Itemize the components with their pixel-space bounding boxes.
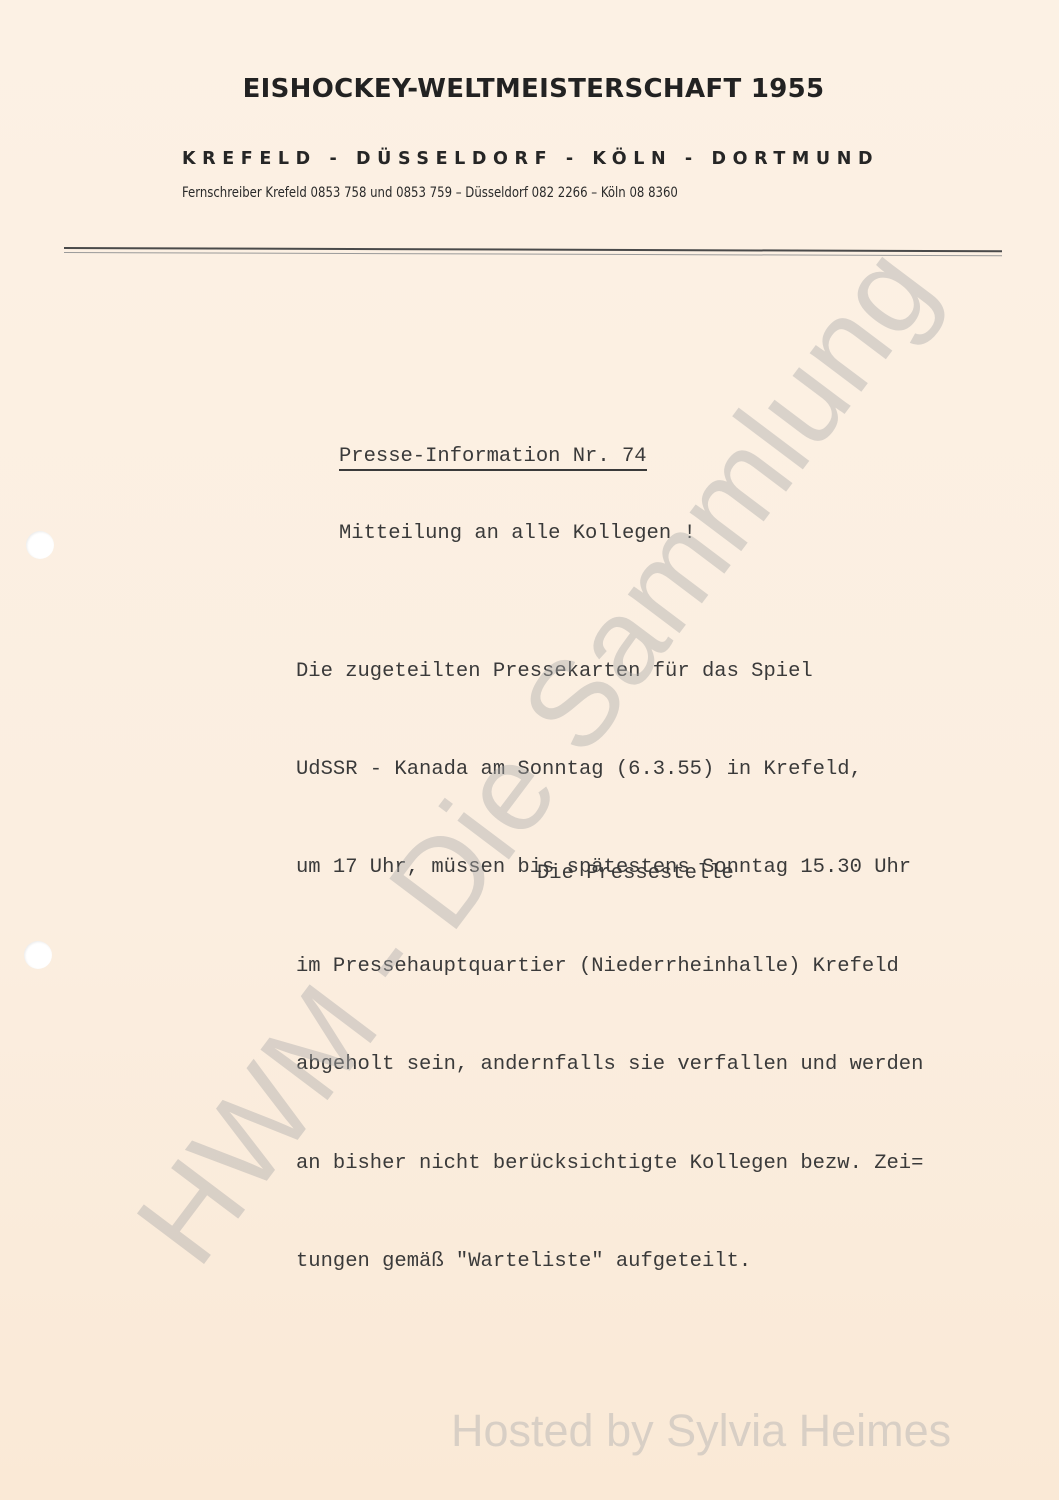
body-paragraph: Die zugeteilten Pressekarten für das Spi… [296, 590, 923, 1344]
punch-hole-bottom [24, 941, 52, 969]
punch-hole-top [26, 531, 54, 559]
letterhead-title: EISHOCKEY-WELTMEISTERSCHAFT 1955 [4, 74, 1059, 104]
body-line: an bisher nicht berücksichtigte Kollegen… [296, 1148, 923, 1181]
body-line: Die zugeteilten Pressekarten für das Spi… [296, 656, 923, 689]
signature: Die Pressestelle [537, 862, 734, 885]
body-line: tungen gemäß "Warteliste" aufgeteilt. [296, 1246, 923, 1279]
body-line: abgeholt sein, andernfalls sie verfallen… [296, 1049, 923, 1082]
letterhead-divider-thin [64, 252, 1002, 256]
letterhead-cities: KREFELD - DÜSSELDORF - KÖLN - DORTMUND [182, 149, 879, 169]
hosted-by-watermark: Hosted by Sylvia Heimes [451, 1405, 951, 1457]
body-line: im Pressehauptquartier (Niederrheinhalle… [296, 951, 923, 984]
body-line: UdSSR - Kanada am Sonntag (6.3.55) in Kr… [296, 754, 923, 787]
letterhead-telex-numbers: Fernschreiber Krefeld 0853 758 und 0853 … [182, 185, 678, 201]
document-page: EISHOCKEY-WELTMEISTERSCHAFT 1955 KREFELD… [0, 0, 1059, 1500]
letterhead-divider [64, 247, 1002, 252]
document-heading: Presse-Information Nr. 74 [339, 445, 647, 471]
salutation: Mitteilung an alle Kollegen ! [339, 522, 696, 545]
